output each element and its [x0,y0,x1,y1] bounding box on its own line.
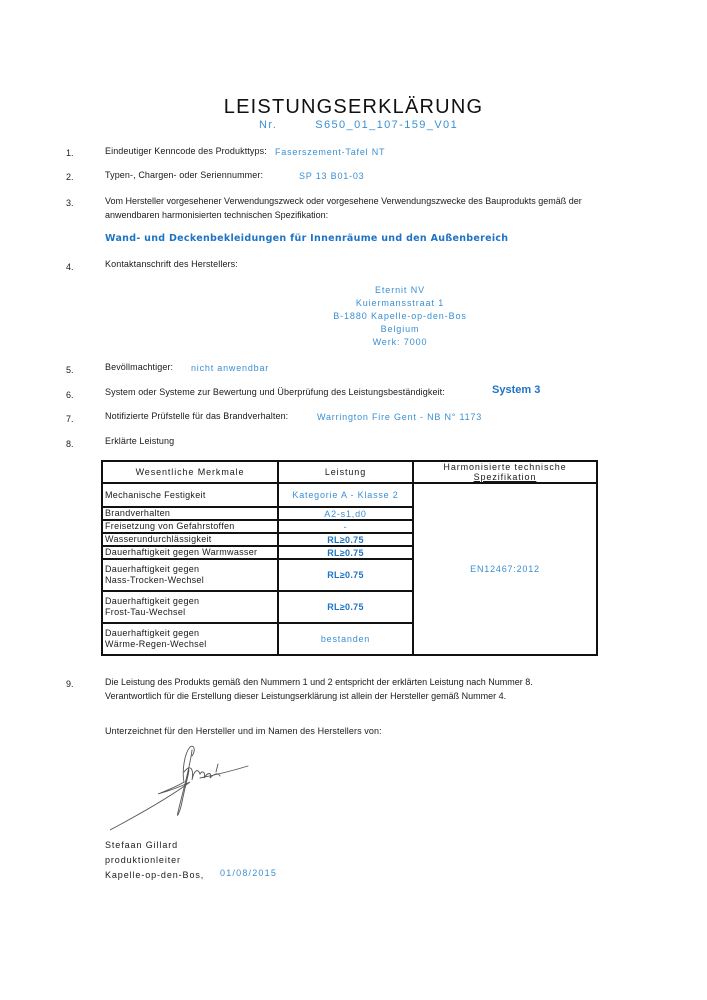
address-city: B-1880 Kapelle-op-den-Bos [250,310,550,323]
section-7-label: Notifizierte Prüfstelle für das Brandver… [105,411,288,421]
intended-use: Wand- und Deckenbekleidungen für Innenrä… [105,233,508,244]
section-3-number: 3. [66,198,74,208]
performance-cell: RL≥0.75 [278,533,413,546]
address-plant: Werk: 7000 [250,336,550,349]
feature-cell: Freisetzung von Gefahrstoffen [102,520,278,533]
section-4-label: Kontaktanschrift des Herstellers: [105,259,238,269]
notified-body: Warrington Fire Gent - NB N° 1173 [317,412,482,422]
section-2-label: Typen-, Chargen- oder Seriennummer: [105,170,263,180]
table-row: Mechanische Festigkeit Kategorie A - Kla… [102,483,597,507]
section-2-number: 2. [66,172,74,182]
spec-cell: EN12467:2012 [413,483,597,655]
section-4-number: 4. [66,262,74,272]
feature-line2: Nass-Trocken-Wechsel [105,575,275,586]
signature-place: Kapelle-op-den-Bos, [105,868,204,883]
address-company: Eternit NV [250,284,550,297]
signature-intro: Unterzeichnet für den Hersteller und im … [105,726,382,736]
serial-number: SP 13 B01-03 [299,171,364,181]
section-7-number: 7. [66,414,74,424]
product-type-code: Faserszement-Tafel NT [275,147,385,157]
signatory-block: Stefaan Gillard produktionleiter Kapelle… [105,838,204,883]
document-number-value: S650_01_107-159_V01 [315,119,458,131]
feature-cell: Dauerhaftigkeit gegen Wärme-Regen-Wechse… [102,623,278,655]
section-9-text: Die Leistung des Produkts gemäß den Numm… [105,675,575,703]
section-9-number: 9. [66,679,74,689]
performance-cell: Kategorie A - Klasse 2 [278,483,413,507]
feature-cell: Dauerhaftigkeit gegen Frost-Tau-Wechsel [102,591,278,623]
document-number: Nr.S650_01_107-159_V01 [259,119,458,131]
section-3-label: Vom Hersteller vorgesehener Verwendungsz… [105,194,595,222]
feature-cell: Brandverhalten [102,507,278,520]
section-8-label: Erklärte Leistung [105,436,174,446]
feature-line1: Dauerhaftigkeit gegen [105,596,275,607]
document-title: LEISTUNGSERKLÄRUNG [0,96,707,119]
manufacturer-address: Eternit NV Kuiermansstraat 1 B-1880 Kape… [250,284,550,349]
feature-line2: Wärme-Regen-Wechsel [105,639,275,650]
performance-cell: RL≥0.75 [278,591,413,623]
section-6-label: System oder Systeme zur Bewertung und Üb… [105,387,445,397]
performance-cell: RL≥0.75 [278,546,413,559]
assessment-system: System 3 [492,384,540,396]
performance-cell: A2-s1,d0 [278,507,413,520]
signature-date: 01/08/2015 [220,868,277,878]
signature-image [110,742,250,837]
feature-line2: Frost-Tau-Wechsel [105,607,275,618]
feature-line1: Dauerhaftigkeit gegen [105,564,275,575]
address-country: Belgium [250,323,550,336]
section-1-label: Eindeutiger Kenncode des Produkttyps: [105,146,267,156]
feature-cell: Wasserundurchlässigkeit [102,533,278,546]
performance-cell: - [278,520,413,533]
header-essential-characteristics: Wesentliche Merkmale [102,461,278,483]
section-1-number: 1. [66,148,74,158]
feature-cell: Dauerhaftigkeit gegen Nass-Trocken-Wechs… [102,559,278,591]
header-performance: Leistung [278,461,413,483]
section-8-number: 8. [66,439,74,449]
section-6-number: 6. [66,390,74,400]
section-5-number: 5. [66,365,74,375]
performance-cell: RL≥0.75 [278,559,413,591]
header-harmonised-spec: Harmonisierte technische Spezifikation [413,461,597,483]
section-5-label: Bevöllmachtiger: [105,362,173,372]
address-street: Kuiermansstraat 1 [250,297,550,310]
feature-cell: Mechanische Festigkeit [102,483,278,507]
feature-cell: Dauerhaftigkeit gegen Warmwasser [102,546,278,559]
performance-cell: bestanden [278,623,413,655]
authorised-representative: nicht anwendbar [191,363,269,373]
feature-line1: Dauerhaftigkeit gegen [105,628,275,639]
header-spec-line2: Spezifikation [416,472,594,482]
signatory-role: produktionleiter [105,853,204,868]
header-spec-line1: Harmonisierte technische [416,462,594,472]
document-number-label: Nr. [259,119,277,131]
declared-performance-table: Wesentliche Merkmale Leistung Harmonisie… [101,460,598,656]
signatory-name: Stefaan Gillard [105,838,204,853]
